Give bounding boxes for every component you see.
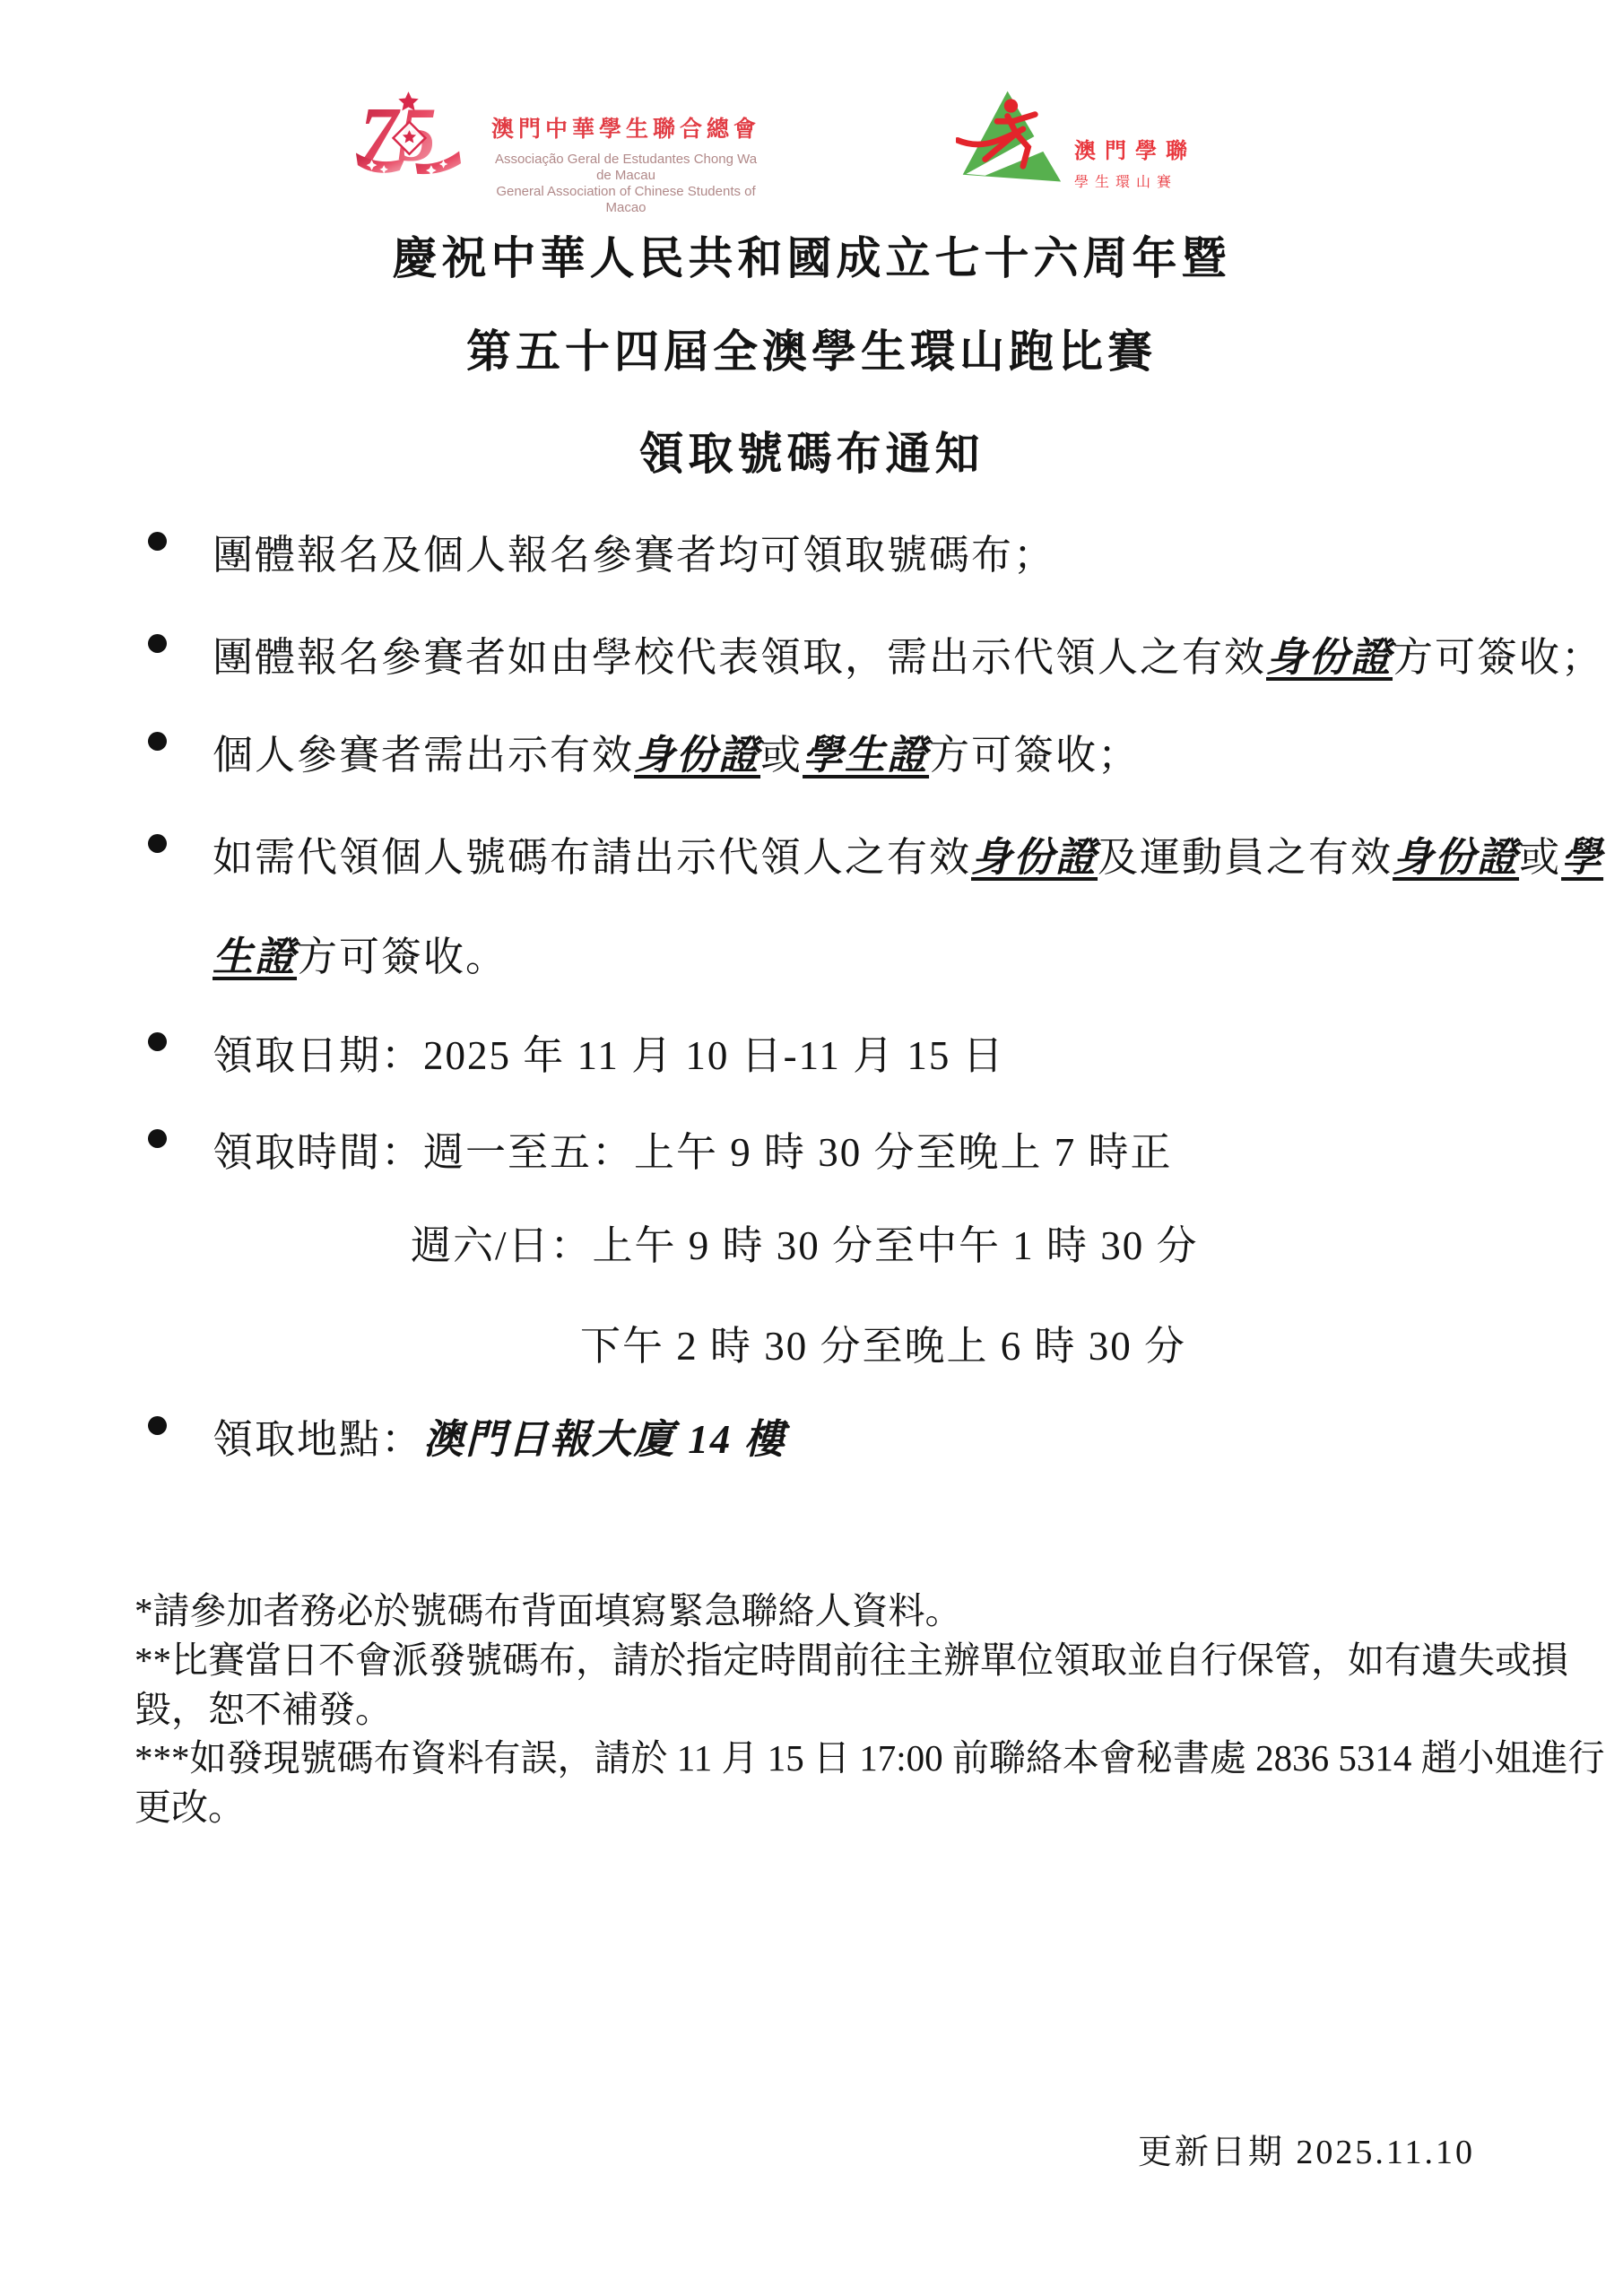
- notice-line: 團體報名參賽者如由學校代表領取，需出示代領人之有效身份證方可簽收；: [213, 624, 1603, 683]
- bullet-marker: [148, 532, 167, 551]
- text-segment: 團體報名及個人報名參賽者均可領取號碼布；: [213, 533, 1055, 578]
- footnote-line: *請參加者務必於號碼布背面填寫緊急聯絡人資料。: [135, 1581, 962, 1634]
- bullet-marker: [148, 834, 167, 853]
- left-logo-text: 澳門中華學生聯合總會 Associação Geral de Estudante…: [487, 111, 765, 216]
- text-segment: 團體報名參賽者如由學校代表領取，需出示代領人之有效: [213, 635, 1266, 680]
- text-segment: 方可簽收；: [929, 733, 1140, 778]
- notice-line: 週六/日：上午 9 時 30 分至中午 1 時 30 分: [411, 1213, 1199, 1271]
- left-logo-name-chinese: 澳門中華學生聯合總會: [487, 111, 765, 143]
- text-segment: 如需代領個人號碼布請出示代領人之有效: [213, 835, 971, 880]
- text-segment: 或: [760, 733, 803, 778]
- footnote-line: **比賽當日不會派發號碼布，請於指定時間前往主辦單位領取並自行保管，如有遺失或損: [135, 1631, 1568, 1683]
- right-logo-name-chinese: 澳門學聯: [1074, 133, 1196, 164]
- mountain-runner-logo-icon: [956, 88, 1063, 188]
- left-logo-name-latin: Associação Geral de Estudantes Chong Wa …: [487, 152, 765, 216]
- emphasized-text: 生證: [213, 935, 297, 979]
- emphasized-text: 學: [1561, 835, 1603, 880]
- left-logo-name-portuguese: Associação Geral de Estudantes Chong Wa …: [487, 152, 765, 184]
- right-logo-subtitle-chinese: 學生環山賽: [1074, 170, 1196, 191]
- text-segment: 個人參賽者需出示有效: [213, 733, 634, 778]
- text-segment: 或: [1519, 835, 1561, 880]
- text-segment: 領取時間：週一至五：上午 9 時 30 分至晚上 7 時正: [213, 1130, 1173, 1175]
- bullet-marker: [148, 634, 167, 653]
- notice-title-line-3: 領取號碼布通知: [0, 418, 1623, 483]
- text-segment: 方可簽收。: [297, 935, 508, 979]
- notice-line: 下午 2 時 30 分至晚上 6 時 30 分: [580, 1313, 1186, 1371]
- notice-line: 如需代領個人號碼布請出示代領人之有效身份證及運動員之有效身份證或學: [213, 824, 1603, 883]
- notice-line: 領取日期：2025 年 11 月 10 日-11 月 15 日: [213, 1022, 1005, 1081]
- footnote-line: 毀，恕不補發。: [135, 1680, 392, 1733]
- emphasized-text: 身份證: [634, 733, 760, 778]
- update-date: 更新日期 2025.11.10: [1138, 2124, 1475, 2173]
- right-event-logo: 澳門學聯 學生環山賽: [956, 88, 1196, 191]
- notice-line: 領取時間：週一至五：上午 9 時 30 分至晚上 7 時正: [213, 1119, 1173, 1178]
- footnote-line: 更改。: [135, 1778, 245, 1831]
- bullet-marker: [148, 1129, 167, 1148]
- emphasized-text: 身份證: [971, 835, 1098, 880]
- footnote-line: ***如發現號碼布資料有誤，請於 11 月 15 日 17:00 前聯絡本會秘書…: [135, 1728, 1605, 1781]
- scanned-notice-page: { "header": { "left_logo": { "emblem": "…: [0, 0, 1623, 2296]
- text-segment: 及運動員之有效: [1098, 835, 1393, 880]
- text-segment: 領取日期：2025 年 11 月 10 日-11 月 15 日: [213, 1033, 1005, 1078]
- bullet-marker: [148, 732, 167, 751]
- notice-title-line-1: 慶祝中華人民共和國成立七十六周年暨: [0, 222, 1623, 287]
- anniversary-75-emblem-icon: 75: [354, 90, 464, 178]
- emphasized-text: 身份證: [1266, 635, 1393, 680]
- notice-line: 個人參賽者需出示有效身份證或學生證方可簽收；: [213, 722, 1140, 780]
- emphasized-text: 身份證: [1393, 835, 1519, 880]
- bullet-marker: [148, 1032, 167, 1051]
- left-logo-name-english: General Association of Chinese Students …: [487, 184, 765, 216]
- text-segment: 領取地點：: [213, 1417, 423, 1462]
- emphasized-text: 學生證: [803, 733, 929, 778]
- notice-title-line-2: 第五十四屆全澳學生環山跑比賽: [0, 316, 1623, 380]
- notice-line: 領取地點：澳門日報大廈 14 樓: [213, 1406, 786, 1465]
- text-segment: 下午 2 時 30 分至晚上 6 時 30 分: [580, 1324, 1186, 1369]
- bullet-marker: [148, 1416, 167, 1435]
- right-logo-text: 澳門學聯 學生環山賽: [1074, 133, 1196, 191]
- left-association-logo: 75 澳門中華學生聯合總會 Associação Geral de Estuda…: [354, 90, 765, 216]
- notice-line: 生證方可簽收。: [213, 924, 508, 982]
- text-segment: 週六/日：上午 9 時 30 分至中午 1 時 30 分: [411, 1223, 1199, 1268]
- notice-line: 團體報名及個人報名參賽者均可領取號碼布；: [213, 522, 1055, 580]
- emphasized-text: 澳門日報大廈 14 樓: [423, 1417, 786, 1462]
- text-segment: 方可簽收；: [1393, 635, 1603, 680]
